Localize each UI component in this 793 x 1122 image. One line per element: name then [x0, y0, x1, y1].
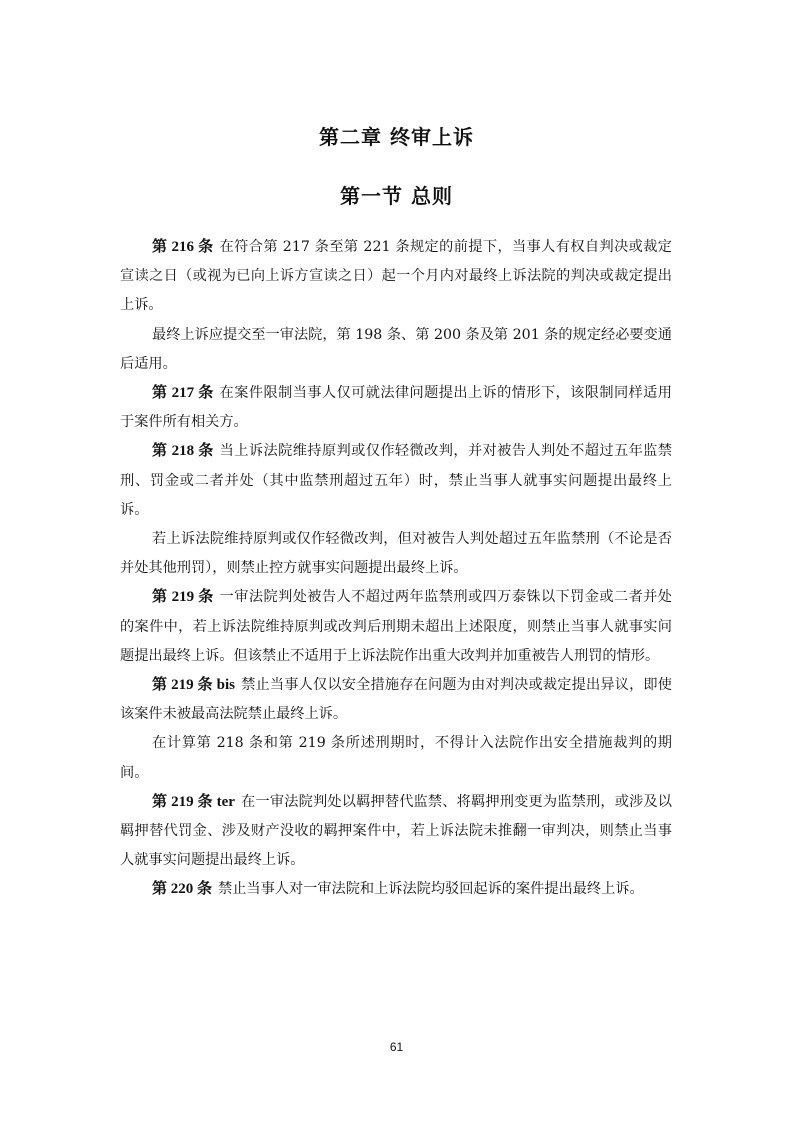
paragraph-art-219: 第 219 条一审法院判处被告人不超过两年监禁刑或四万泰铢以下罚金或二者并处的案…: [120, 583, 672, 671]
paragraph-text: 若上诉法院维持原判或仅作轻微改判，但对被告人判处超过五年监禁刑（不论是否并处其他…: [120, 531, 672, 576]
article-number: 第 219 条: [152, 589, 214, 605]
article-number: 第 219 条 ter: [152, 794, 235, 810]
paragraph-art-218: 第 218 条当上诉法院维持原判或仅作轻微改判，并对被告人判处不超过五年监禁刑、…: [120, 437, 672, 525]
paragraph-text: 在计算第 218 条和第 219 条所述刑期时，不得计入法院作出安全措施裁判的期…: [120, 735, 672, 780]
chapter-title: 第二章 终审上诉: [0, 121, 793, 150]
paragraph-art-216-2: 最终上诉应提交至一审法院，第 198 条、第 200 条及第 201 条的规定经…: [120, 321, 672, 379]
section-title: 第一节 总则: [0, 180, 793, 209]
paragraph-art-219-ter: 第 219 条 ter在一审法院判处以羁押替代监禁、将羁押刑变更为监禁刑，或涉及…: [120, 788, 672, 876]
paragraph-art-218-2: 若上诉法院维持原判或仅作轻微改判，但对被告人判处超过五年监禁刑（不论是否并处其他…: [120, 525, 672, 583]
article-number: 第 217 条: [152, 385, 214, 401]
document-body: 第 216 条在符合第 217 条至第 221 条规定的前提下，当事人有权自判决…: [120, 233, 672, 905]
article-number: 第 218 条: [152, 443, 214, 459]
page-number: 61: [0, 1040, 793, 1054]
article-number: 第 219 条 bis: [152, 677, 235, 693]
article-number: 第 216 条: [152, 239, 214, 255]
paragraph-text: 最终上诉应提交至一审法院，第 198 条、第 200 条及第 201 条的规定经…: [120, 327, 672, 372]
paragraph-art-220: 第 220 条禁止当事人对一审法院和上诉法院均驳回起诉的案件提出最终上诉。: [120, 875, 672, 904]
article-number: 第 220 条: [152, 881, 212, 897]
paragraph-art-217: 第 217 条在案件限制当事人仅可就法律问题提出上诉的情形下，该限制同样适用于案…: [120, 379, 672, 437]
paragraph-art-219-bis-2: 在计算第 218 条和第 219 条所述刑期时，不得计入法院作出安全措施裁判的期…: [120, 729, 672, 787]
document-page: 第二章 终审上诉 第一节 总则 第 216 条在符合第 217 条至第 221 …: [0, 0, 793, 1122]
paragraph-art-219-bis: 第 219 条 bis禁止当事人仅以安全措施存在问题为由对判决或裁定提出异议，即…: [120, 671, 672, 729]
paragraph-art-216: 第 216 条在符合第 217 条至第 221 条规定的前提下，当事人有权自判决…: [120, 233, 672, 321]
paragraph-text: 禁止当事人对一审法院和上诉法院均驳回起诉的案件提出最终上诉。: [218, 881, 644, 897]
